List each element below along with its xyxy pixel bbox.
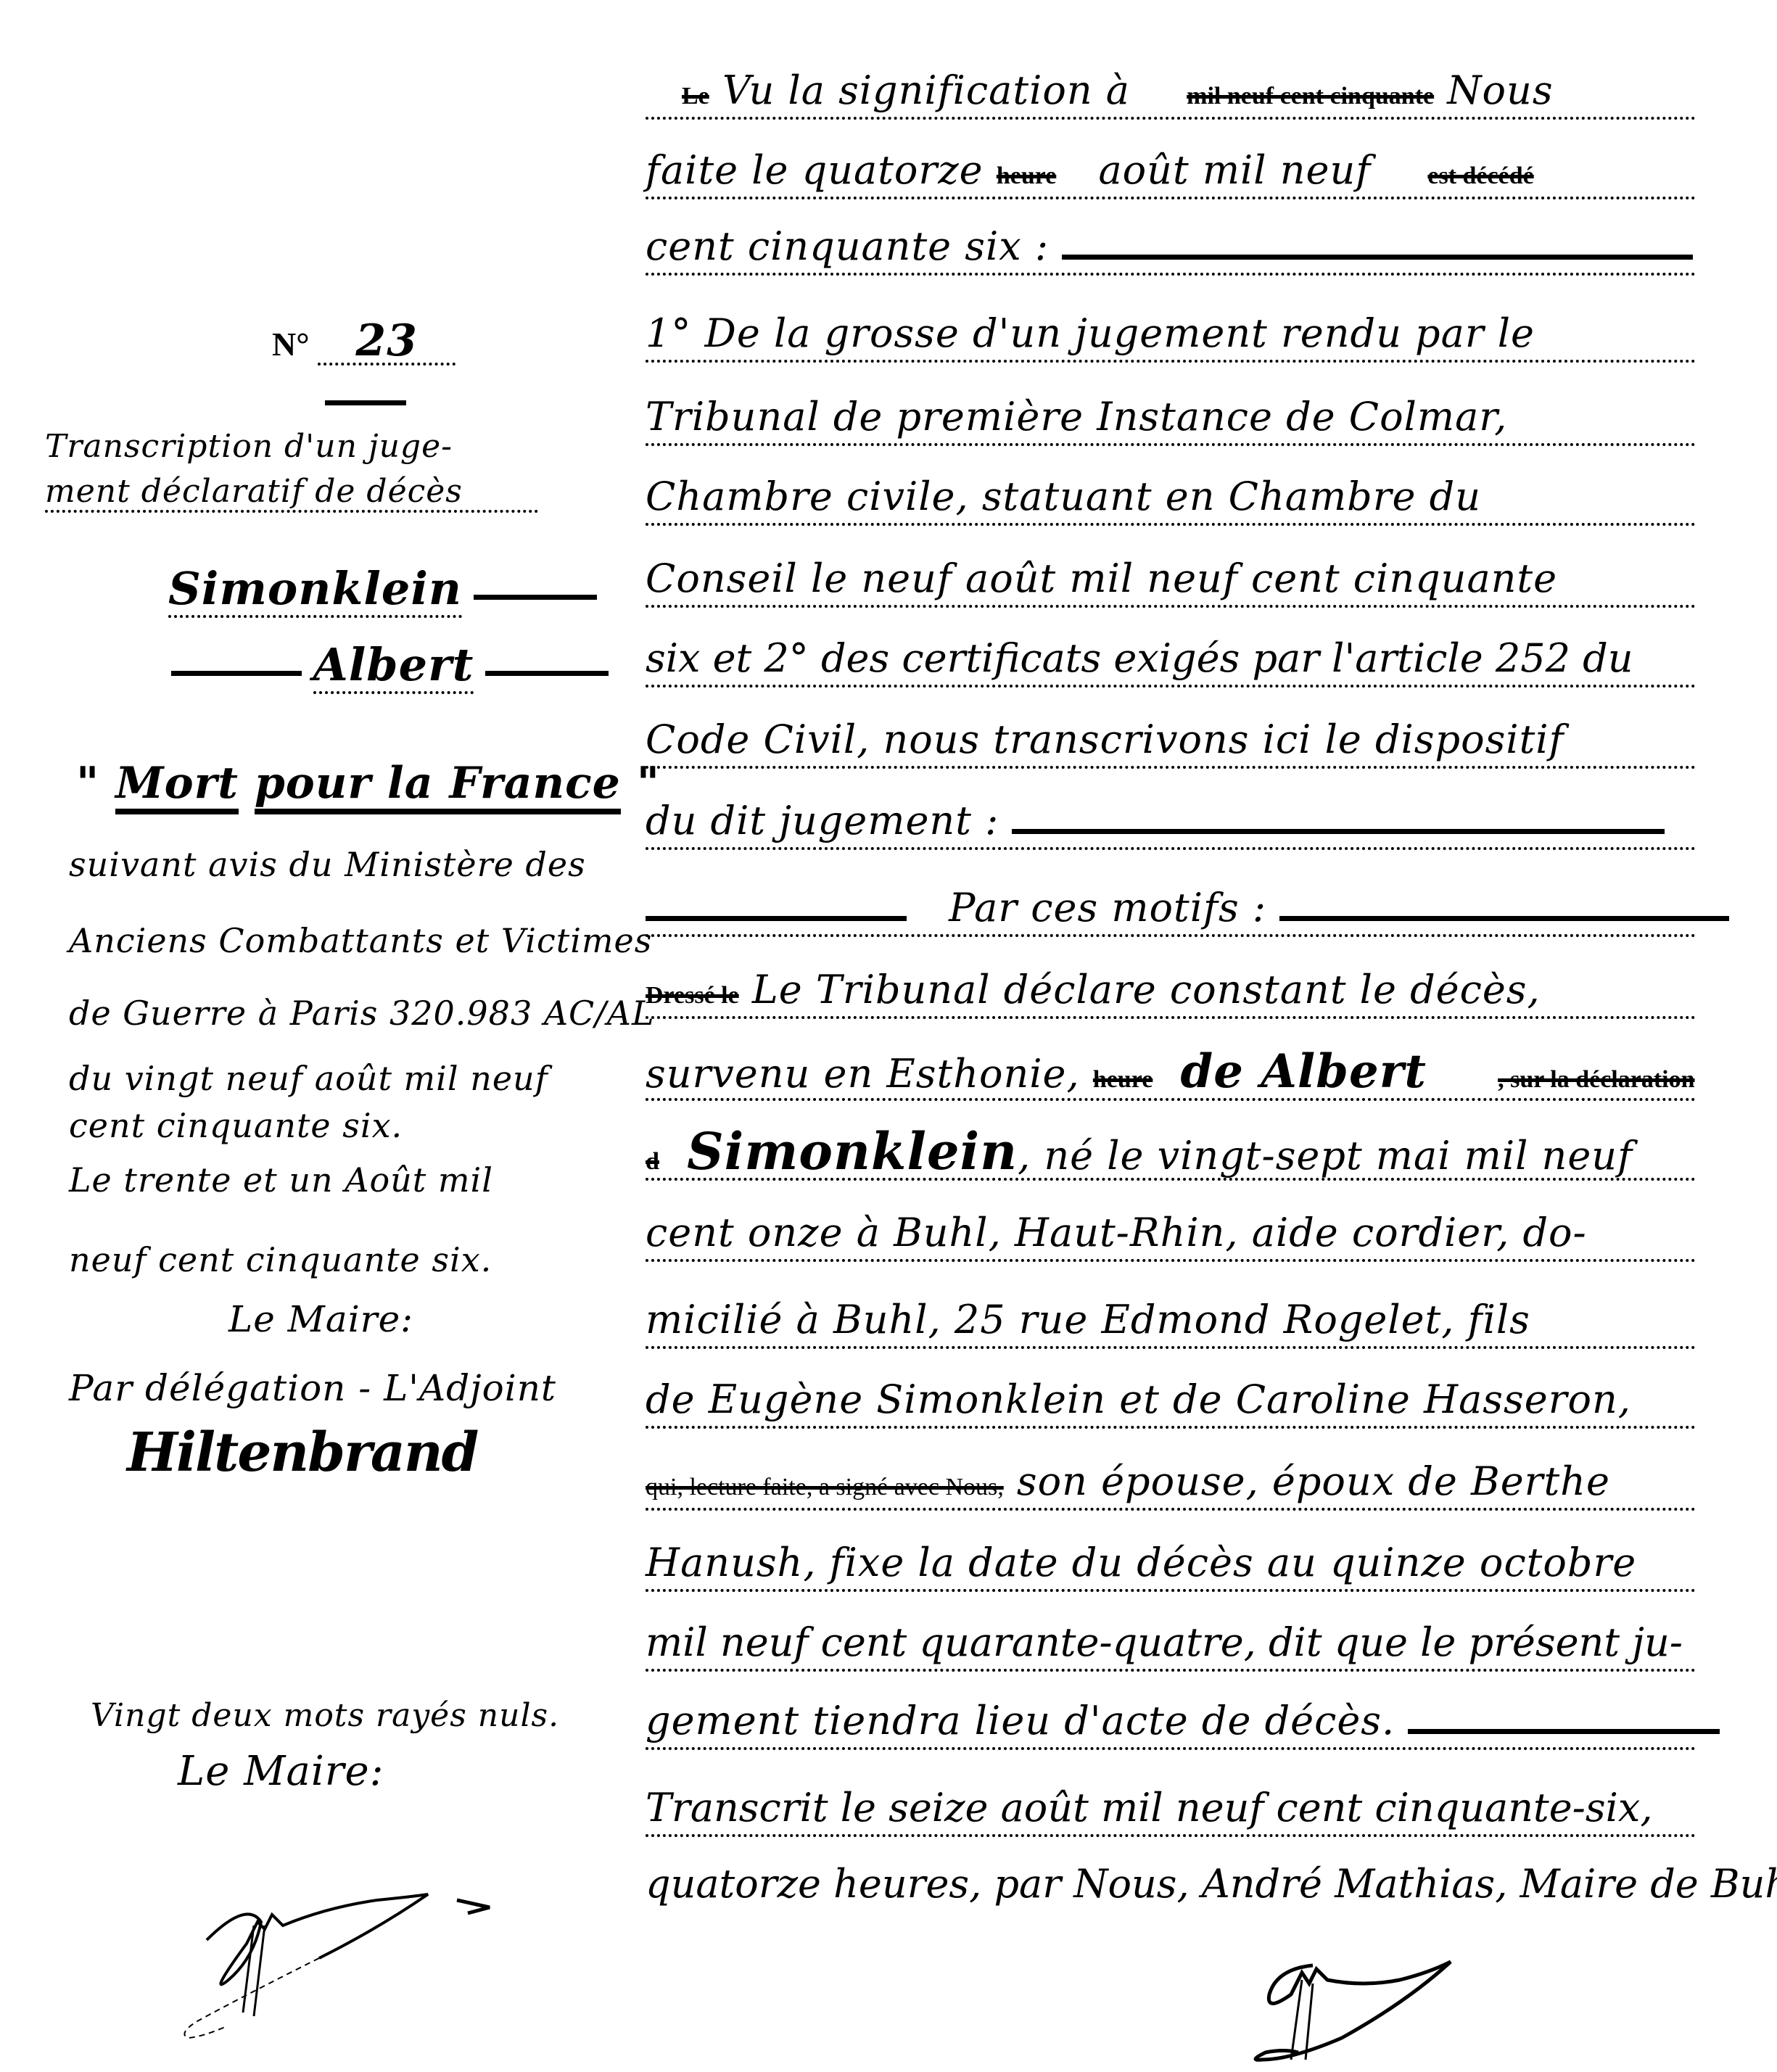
mention-mayor-label: Le Maire: [228, 1298, 413, 1340]
body-line-22: Transcrit le seize août mil neuf cent ci… [646, 1779, 1696, 1837]
margin-surname: Simonklein [168, 562, 574, 615]
mayor-signature-margin [138, 1857, 631, 2049]
body-line-23: quatorze heures, par Nous, André Mathias… [646, 1855, 1696, 1913]
adjoint-signature: Hiltenbrand [127, 1421, 477, 1484]
body-line-10: du dit jugement : [646, 792, 1696, 850]
act-number: N° 23 [272, 319, 455, 366]
body-line-16: micilié à Buhl, 25 rue Edmond Rogelet, f… [646, 1291, 1696, 1349]
deceased-surname: Simonklein [687, 1121, 1018, 1181]
margin-title-line2: ment déclaratif de décès [45, 473, 538, 513]
number-label: N° [272, 326, 310, 363]
body-line-20: mil neuf cent quarante-quatre, dit que l… [646, 1614, 1696, 1672]
body-line-9: Code Civil, nous transcrivons ici le dis… [646, 711, 1696, 769]
body-line-5: Tribunal de première Instance de Colmar, [646, 388, 1696, 446]
surname: Simonklein [168, 562, 462, 618]
body-line-13: survenu en Esthonie, heure de Albert , s… [646, 1043, 1696, 1101]
body-line-18: qui, lecture faite, a signé avec Nous, s… [646, 1453, 1696, 1511]
body-line-21: gement tiendra lieu d'acte de décès. [646, 1692, 1696, 1750]
mention-line: du vingt neuf août mil neuf [69, 1059, 548, 1098]
number-value: 23 [318, 319, 455, 366]
body-line-14: d Simonklein, né le vingt-sept mai mil n… [646, 1123, 1696, 1181]
register-page: N° 23 Transcription d'un juge- ment décl… [0, 0, 1777, 2072]
mention-word-pour-la-france: pour la France [255, 758, 621, 814]
mention-line: cent cinquante six. [69, 1106, 403, 1145]
mention-word-mort: Mort [115, 758, 239, 814]
body-line-19: Hanush, fixe la date du décès au quinze … [646, 1534, 1696, 1592]
body-line-1: Le Vu la signification à mil neuf cent c… [646, 62, 1696, 120]
margin-given-name: Albert [171, 638, 577, 691]
body-line-3: cent cinquante six : [646, 218, 1696, 276]
body-line-17: de Eugène Simonklein et de Caroline Hass… [646, 1371, 1696, 1429]
mention-mort-pour-la-france: " Mort pour la France " [76, 758, 660, 809]
mention-line: Anciens Combattants et Victimes [69, 921, 652, 960]
number-divider [325, 400, 406, 405]
body-line-4: 1° De la grosse d'un jugement rendu par … [646, 305, 1696, 363]
delegation-line: Par délégation - L'Adjoint [69, 1367, 556, 1409]
mention-line: de Guerre à Paris 320.983 AC/AL [69, 994, 655, 1033]
mayor-signature-body [1233, 1951, 1596, 2072]
body-line-8: six et 2° des certificats exigés par l'a… [646, 630, 1696, 688]
margin-mayor-label: Le Maire: [178, 1748, 384, 1795]
mention-line: neuf cent cinquante six. [69, 1240, 492, 1279]
given-name: Albert [313, 638, 474, 694]
body-line-7: Conseil le neuf août mil neuf cent cinqu… [646, 550, 1696, 608]
body-line-6: Chambre civile, statuant en Chambre du [646, 468, 1696, 526]
erasure-note: Vingt deux mots rayés nuls. [91, 1697, 559, 1734]
mention-line: suivant avis du Ministère des [69, 845, 586, 884]
body-line-12: Dressé le Le Tribunal déclare constant l… [646, 961, 1696, 1019]
body-line-11: Par ces motifs : [646, 879, 1696, 937]
body-line-15: cent onze à Buhl, Haut-Rhin, aide cordie… [646, 1204, 1696, 1262]
body-line-2: faite le quatorze heure août mil neuf es… [646, 141, 1696, 199]
margin-title-line1: Transcription d'un juge- [45, 428, 453, 465]
mention-line: Le trente et un Août mil [69, 1160, 493, 1200]
